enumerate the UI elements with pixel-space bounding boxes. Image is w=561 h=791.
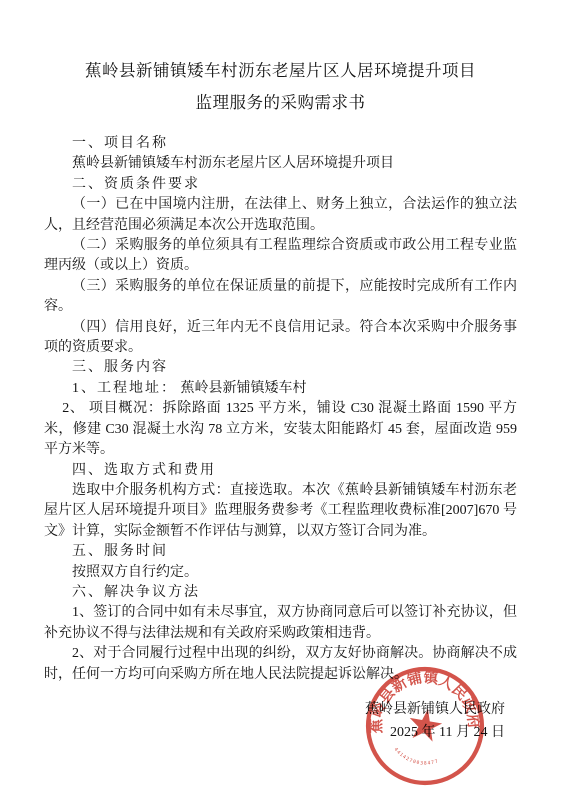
dispute-item-1: 1、签订的合同中如有未尽事宜，双方协商同意后可以签订补充协议，但补充协议不得与法…	[44, 603, 517, 644]
qualification-item-1: （一）已在中国境内注册，在法律上、财务上独立，合法运作的独立法人，且经营范围必须…	[44, 195, 517, 236]
svg-text:4414270038477: 4414270038477	[391, 746, 442, 770]
signature-block: 蕉岭县新铺镇人民政府 2025 年 11 月 24 日	[44, 698, 505, 744]
section-heading-4: 四、选取方式和费用	[44, 461, 517, 481]
qualification-item-2: （二）采购服务的单位须具有工程监理综合资质或市政公用工程专业监理丙级（或以上）资…	[44, 236, 517, 277]
section-heading-2: 二、资质条件要求	[44, 175, 517, 195]
doc-title-line2: 监理服务的采购需求书	[0, 94, 561, 112]
qualification-item-4: （四）信用良好，近三年内无不良信用记录。符合本次采购中介服务事项的资质要求。	[44, 318, 517, 359]
document-page: 蕉岭县新铺镇矮车村沥东老屋片区人居环境提升项目 监理服务的采购需求书 一、项目名…	[0, 0, 561, 791]
seal-code-text: 4414270038477	[391, 746, 442, 770]
project-address-label: 1、工程地址：	[72, 381, 177, 396]
section-heading-5: 五、服务时间	[44, 542, 517, 562]
document-body: 一、项目名称 蕉岭县新铺镇矮车村沥东老屋片区人居环境提升项目 二、资质条件要求 …	[44, 134, 517, 685]
signature-org: 蕉岭县新铺镇人民政府	[44, 698, 505, 721]
signature-date: 2025 年 11 月 24 日	[44, 721, 505, 744]
project-name-paragraph: 蕉岭县新铺镇矮车村沥东老屋片区人居环境提升项目	[44, 154, 517, 174]
document-title-block: 蕉岭县新铺镇矮车村沥东老屋片区人居环境提升项目 监理服务的采购需求书	[0, 0, 561, 112]
section-heading-6: 六、解决争议方法	[44, 583, 517, 603]
doc-title-line1: 蕉岭县新铺镇矮车村沥东老屋片区人居环境提升项目	[0, 62, 561, 80]
selection-method-paragraph: 选取中介服务机构方式：直接选取。本次《蕉岭县新铺镇矮车村沥东老屋片区人居环境提升…	[44, 481, 517, 542]
qualification-item-3: （三）采购服务的单位在保证质量的前提下，应能按时完成所有工作内容。	[44, 277, 517, 318]
project-overview-paragraph: 2、 项目概况：拆除路面 1325 平方米，铺设 C30 混凝土路面 1590 …	[44, 399, 517, 460]
service-time-paragraph: 按照双方自行约定。	[44, 563, 517, 583]
section-heading-1: 一、项目名称	[44, 134, 517, 154]
project-address-value: 蕉岭县新铺镇矮车村	[177, 381, 307, 396]
project-address-paragraph: 1、工程地址： 蕉岭县新铺镇矮车村	[44, 379, 517, 399]
dispute-item-2: 2、对于合同履行过程中出现的纠纷，双方友好协商解决。协商解决不成时，任何一方均可…	[44, 644, 517, 685]
section-heading-3: 三、服务内容	[44, 358, 517, 378]
